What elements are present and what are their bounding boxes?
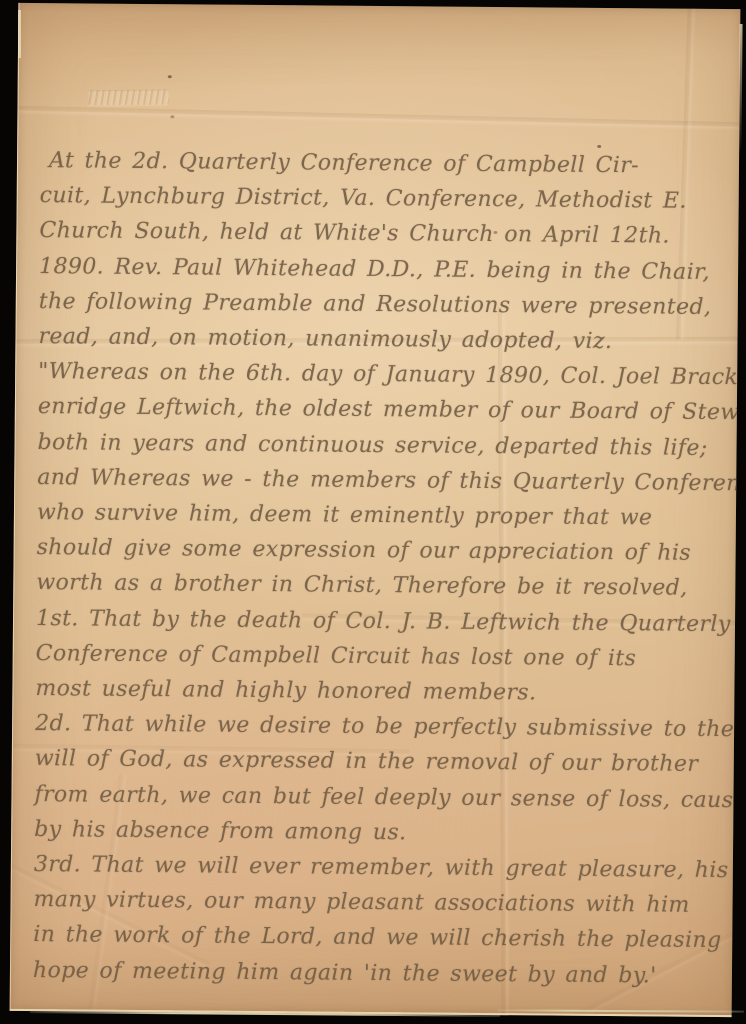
manuscript-line: read, and, on motion, unanimously adopte… [38, 319, 732, 360]
manuscript-line: and Whereas we - the members of this Qua… [37, 460, 731, 501]
manuscript-line: in the work of the Lord, and we will che… [33, 918, 727, 959]
crease-mark [18, 106, 739, 131]
manuscript-line: many virtues, our many pleasant associat… [33, 882, 727, 923]
scanner-background: At the 2d. Quarterly Conference of Campb… [0, 0, 746, 1024]
manuscript-line: who survive him, deem it eminently prope… [37, 495, 731, 536]
manuscript-line: both in years and continuous service, de… [37, 425, 731, 466]
manuscript-line: worth as a brother in Christ, Therefore … [36, 565, 730, 606]
embossed-stamp [89, 89, 169, 105]
manuscript-line: At the 2d. Quarterly Conference of Campb… [40, 143, 734, 184]
manuscript-line: should give some expression of our appre… [37, 530, 731, 571]
manuscript-line: cuit, Lynchburg District, Va. Conference… [40, 178, 734, 219]
manuscript-line: hope of meeting him again 'in the sweet … [33, 953, 727, 994]
manuscript-line: the following Preamble and Resolutions w… [39, 284, 733, 325]
page-edge-highlight [738, 24, 742, 154]
manuscript-line: from earth, we can but feel deeply our s… [34, 777, 728, 818]
manuscript-line: enridge Leftwich, the oldest member of o… [38, 389, 732, 430]
manuscript-line: 1890. Rev. Paul Whitehead D.D., P.E. bei… [39, 249, 733, 290]
manuscript-text: At the 2d. Quarterly Conference of Campb… [33, 143, 734, 994]
manuscript-line: 3rd. That we will ever remember, with gr… [34, 847, 728, 888]
manuscript-line: 1st. That by the death of Col. J. B. Lef… [36, 601, 730, 642]
manuscript-line: "Whereas on the 6th. day of January 1890… [38, 354, 732, 395]
paper-speck [170, 115, 174, 118]
manuscript-line: by his absence from among us. [34, 812, 728, 853]
manuscript-line: will of God, as expressed in the removal… [35, 741, 729, 782]
paper-sheet: At the 2d. Quarterly Conference of Campb… [10, 3, 741, 1017]
page-edge-highlight [18, 10, 21, 58]
manuscript-line: Church South, held at White's Church on … [39, 213, 733, 254]
manuscript-line: most useful and highly honored members. [35, 671, 729, 712]
manuscript-line: Conference of Campbell Circuit has lost … [36, 636, 730, 677]
paper-speck [168, 75, 172, 78]
manuscript-line: 2d. That while we desire to be perfectly… [35, 706, 729, 747]
